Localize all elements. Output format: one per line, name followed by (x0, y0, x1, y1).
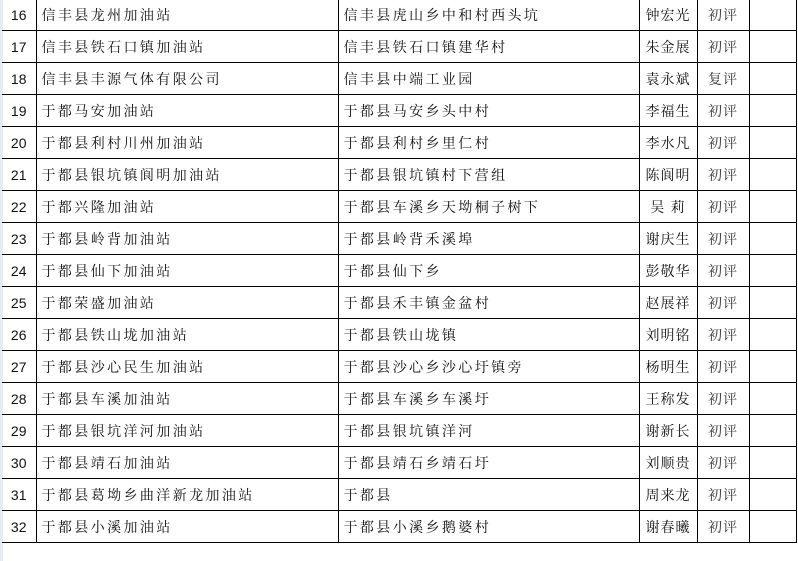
station-name-cell: 于都县铁山垅加油站 (36, 319, 338, 351)
station-name-cell: 于都县仙下加油站 (36, 255, 338, 287)
station-name-cell: 于都县银坑镇阆明加油站 (36, 159, 338, 191)
person-in-charge-cell: 杨明生 (639, 351, 697, 383)
row-number-cell: 17 (2, 31, 36, 63)
note-cell (749, 511, 796, 543)
note-cell (749, 127, 796, 159)
table-row: 24 于都县仙下加油站 于都县仙下乡 彭敬华 初评 (2, 255, 796, 287)
station-name-cell: 于都县靖石加油站 (36, 447, 338, 479)
person-in-charge-cell: 刘明铭 (639, 319, 697, 351)
address-cell: 于都县铁山垅镇 (338, 319, 639, 351)
person-in-charge-cell: 谢庆生 (639, 223, 697, 255)
table-row: 22 于都兴隆加油站 于都县车溪乡天坳桐子树下 吴 莉 初评 (2, 191, 796, 223)
address-cell: 于都县小溪乡鹅婆村 (338, 511, 639, 543)
table-row: 23 于都县岭背加油站 于都县岭背禾溪埠 谢庆生 初评 (2, 223, 796, 255)
person-in-charge-cell: 赵展祥 (639, 287, 697, 319)
note-cell (749, 447, 796, 479)
address-cell: 于都县车溪乡车溪圩 (338, 383, 639, 415)
review-type-cell: 复评 (697, 63, 749, 95)
row-number-cell: 22 (2, 191, 36, 223)
station-name-cell: 信丰县铁石口镇加油站 (36, 31, 338, 63)
row-number-cell: 21 (2, 159, 36, 191)
row-number-cell: 30 (2, 447, 36, 479)
note-cell (749, 191, 796, 223)
table-row: 25 于都荣盛加油站 于都县禾丰镇金盆村 赵展祥 初评 (2, 287, 796, 319)
review-type-cell: 初评 (697, 351, 749, 383)
person-in-charge-cell: 朱金展 (639, 31, 697, 63)
row-number-cell: 18 (2, 63, 36, 95)
person-in-charge-cell: 彭敬华 (639, 255, 697, 287)
station-name-cell: 于都县小溪加油站 (36, 511, 338, 543)
address-cell: 于都县岭背禾溪埠 (338, 223, 639, 255)
note-cell (749, 479, 796, 511)
table-row: 31 于都县葛坳乡曲洋新龙加油站 于都县 周来龙 初评 (2, 479, 796, 511)
row-number-cell: 27 (2, 351, 36, 383)
address-cell: 于都县利村乡里仁村 (338, 127, 639, 159)
person-in-charge-cell: 钟宏光 (639, 0, 697, 31)
person-in-charge-cell: 陈阆明 (639, 159, 697, 191)
table-row: 27 于都县沙心民生加油站 于都县沙心乡沙心圩镇旁 杨明生 初评 (2, 351, 796, 383)
note-cell (749, 31, 796, 63)
person-in-charge-cell: 吴 莉 (639, 191, 697, 223)
person-in-charge-cell: 刘顺贵 (639, 447, 697, 479)
table-body: 16 信丰县龙州加油站 信丰县虎山乡中和村西头坑 钟宏光 初评 17 信丰县铁石… (2, 0, 796, 543)
table-row: 21 于都县银坑镇阆明加油站 于都县银坑镇村下营组 陈阆明 初评 (2, 159, 796, 191)
note-cell (749, 383, 796, 415)
table-row: 16 信丰县龙州加油站 信丰县虎山乡中和村西头坑 钟宏光 初评 (2, 0, 796, 31)
address-cell: 于都县银坑镇村下营组 (338, 159, 639, 191)
row-number-cell: 20 (2, 127, 36, 159)
table-row: 19 于都马安加油站 于都县马安乡头中村 李福生 初评 (2, 95, 796, 127)
review-type-cell: 初评 (697, 319, 749, 351)
table-row: 30 于都县靖石加油站 于都县靖石乡靖石圩 刘顺贵 初评 (2, 447, 796, 479)
person-in-charge-cell: 谢新长 (639, 415, 697, 447)
person-in-charge-cell: 袁永斌 (639, 63, 697, 95)
table-row: 28 于都县车溪加油站 于都县车溪乡车溪圩 王称发 初评 (2, 383, 796, 415)
table-row: 32 于都县小溪加油站 于都县小溪乡鹅婆村 谢春曦 初评 (2, 511, 796, 543)
person-in-charge-cell: 李福生 (639, 95, 697, 127)
station-name-cell: 信丰县丰源气体有限公司 (36, 63, 338, 95)
review-type-cell: 初评 (697, 287, 749, 319)
row-number-cell: 19 (2, 95, 36, 127)
address-cell: 信丰县中端工业园 (338, 63, 639, 95)
note-cell (749, 351, 796, 383)
review-type-cell: 初评 (697, 415, 749, 447)
row-number-cell: 23 (2, 223, 36, 255)
review-type-cell: 初评 (697, 223, 749, 255)
address-cell: 于都县车溪乡天坳桐子树下 (338, 191, 639, 223)
review-type-cell: 初评 (697, 447, 749, 479)
address-cell: 于都县禾丰镇金盆村 (338, 287, 639, 319)
table-row: 17 信丰县铁石口镇加油站 信丰县铁石口镇建华村 朱金展 初评 (2, 31, 796, 63)
address-cell: 于都县靖石乡靖石圩 (338, 447, 639, 479)
address-cell: 信丰县铁石口镇建华村 (338, 31, 639, 63)
address-cell: 于都县仙下乡 (338, 255, 639, 287)
person-in-charge-cell: 李水凡 (639, 127, 697, 159)
review-type-cell: 初评 (697, 383, 749, 415)
review-type-cell: 初评 (697, 191, 749, 223)
address-cell: 于都县马安乡头中村 (338, 95, 639, 127)
station-name-cell: 信丰县龙州加油站 (36, 0, 338, 31)
row-number-cell: 24 (2, 255, 36, 287)
note-cell (749, 63, 796, 95)
review-type-cell: 初评 (697, 95, 749, 127)
review-type-cell: 初评 (697, 479, 749, 511)
row-number-cell: 29 (2, 415, 36, 447)
table-row: 18 信丰县丰源气体有限公司 信丰县中端工业园 袁永斌 复评 (2, 63, 796, 95)
review-type-cell: 初评 (697, 31, 749, 63)
row-number-cell: 31 (2, 479, 36, 511)
note-cell (749, 415, 796, 447)
table-row: 29 于都县银坑洋河加油站 于都县银坑镇洋河 谢新长 初评 (2, 415, 796, 447)
gas-station-review-table: 16 信丰县龙州加油站 信丰县虎山乡中和村西头坑 钟宏光 初评 17 信丰县铁石… (2, 0, 797, 543)
review-type-cell: 初评 (697, 159, 749, 191)
review-type-cell: 初评 (697, 511, 749, 543)
address-cell: 于都县沙心乡沙心圩镇旁 (338, 351, 639, 383)
note-cell (749, 0, 796, 31)
station-name-cell: 于都兴隆加油站 (36, 191, 338, 223)
address-cell: 于都县 (338, 479, 639, 511)
row-number-cell: 26 (2, 319, 36, 351)
row-number-cell: 25 (2, 287, 36, 319)
review-type-cell: 初评 (697, 127, 749, 159)
address-cell: 信丰县虎山乡中和村西头坑 (338, 0, 639, 31)
person-in-charge-cell: 王称发 (639, 383, 697, 415)
station-name-cell: 于都县岭背加油站 (36, 223, 338, 255)
table-row: 26 于都县铁山垅加油站 于都县铁山垅镇 刘明铭 初评 (2, 319, 796, 351)
note-cell (749, 255, 796, 287)
note-cell (749, 319, 796, 351)
note-cell (749, 223, 796, 255)
station-name-cell: 于都县车溪加油站 (36, 383, 338, 415)
row-number-cell: 28 (2, 383, 36, 415)
note-cell (749, 95, 796, 127)
review-type-cell: 初评 (697, 255, 749, 287)
table-row: 20 于都县利村川州加油站 于都县利村乡里仁村 李水凡 初评 (2, 127, 796, 159)
note-cell (749, 287, 796, 319)
station-name-cell: 于都马安加油站 (36, 95, 338, 127)
person-in-charge-cell: 周来龙 (639, 479, 697, 511)
station-name-cell: 于都荣盛加油站 (36, 287, 338, 319)
station-name-cell: 于都县沙心民生加油站 (36, 351, 338, 383)
station-name-cell: 于都县银坑洋河加油站 (36, 415, 338, 447)
person-in-charge-cell: 谢春曦 (639, 511, 697, 543)
row-number-cell: 32 (2, 511, 36, 543)
review-type-cell: 初评 (697, 0, 749, 31)
row-number-cell: 16 (2, 0, 36, 31)
address-cell: 于都县银坑镇洋河 (338, 415, 639, 447)
station-name-cell: 于都县葛坳乡曲洋新龙加油站 (36, 479, 338, 511)
station-name-cell: 于都县利村川州加油站 (36, 127, 338, 159)
note-cell (749, 159, 796, 191)
